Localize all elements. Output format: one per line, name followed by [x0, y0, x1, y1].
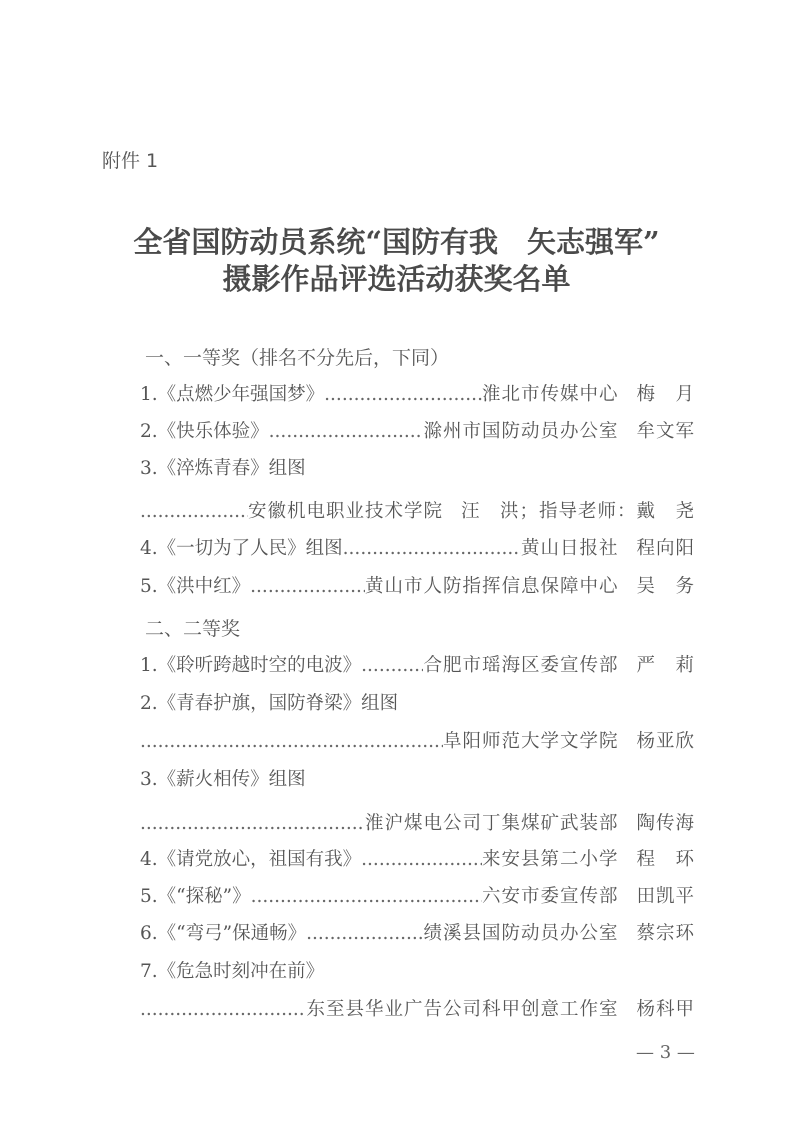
list-item: 5. 《洪中红》 黄山市人防指挥信息保障中心 吴 务: [140, 572, 695, 598]
author: 牟文军: [636, 417, 695, 443]
entry-number: 3.: [140, 769, 158, 790]
author: 蔡宗环: [636, 919, 695, 945]
organization: 阜阳师范大学文学院: [443, 727, 619, 753]
organization: 滁州市国防动员办公室: [423, 417, 618, 443]
author: 吴 务: [636, 572, 695, 598]
work-title: 《请党放心，祖国有我》: [158, 845, 362, 871]
entry-number: 1.: [140, 655, 158, 676]
organization: 来安县第二小学: [482, 845, 619, 871]
organization: 合肥市瑶海区委宣传部: [423, 651, 618, 677]
entry-number: 3.: [140, 458, 158, 479]
entry-number: 7.: [140, 961, 158, 982]
organization: 黄山市人防指挥信息保障中心: [365, 572, 619, 598]
attachment-label: 附件 1: [102, 146, 158, 173]
author: 田凯平: [636, 882, 695, 908]
author: 程 环: [636, 845, 695, 871]
author: 汪 洪；指导老师：戴 尧: [461, 497, 695, 523]
work-title: 《点燃少年强国梦》: [158, 380, 325, 406]
leader-dots: [140, 501, 248, 522]
leader-dots: [324, 384, 482, 405]
document-title-line-1: 全省国防动员系统“国防有我 矢志强军”: [0, 220, 793, 261]
entry-number: 5.: [140, 576, 158, 597]
work-title: 《危急时刻冲在前》: [158, 957, 325, 983]
organization: 淮沪煤电公司丁集煤矿武装部: [365, 809, 619, 835]
list-item-title-row: 3. 《薪火相传》组图: [140, 765, 695, 791]
organization: 东至县华业广告公司科甲创意工作室: [306, 995, 618, 1021]
author: 梅 月: [636, 380, 695, 406]
organization: 绩溪县国防动员办公室: [423, 919, 618, 945]
author: 严 莉: [636, 651, 695, 677]
entry-number: 4.: [140, 849, 158, 870]
work-title: 《洪中红》: [158, 572, 251, 598]
list-item: 1. 《点燃少年强国梦》 淮北市传媒中心 梅 月: [140, 380, 695, 406]
leader-dots: [361, 849, 482, 870]
entry-number: 4.: [140, 538, 158, 559]
list-item: 5. 《“探秘”》 六安市委宣传部 田凯平: [140, 882, 695, 908]
list-item-detail-row: 东至县华业广告公司科甲创意工作室 杨科甲: [140, 995, 695, 1021]
leader-dots: [140, 731, 443, 752]
organization: 安徽机电职业技术学院: [248, 497, 443, 523]
list-item: 6. 《“弯弓”保通畅》 绩溪县国防动员办公室 蔡宗环: [140, 919, 695, 945]
organization: 淮北市传媒中心: [482, 380, 619, 406]
entry-number: 2.: [140, 693, 158, 714]
entry-number: 1.: [140, 384, 158, 405]
leader-dots: [306, 923, 423, 944]
leader-dots: [343, 538, 521, 559]
list-item-title-row: 3. 《淬炼青春》组图: [140, 454, 695, 480]
entry-number: 5.: [140, 886, 158, 907]
list-item-title-row: 7. 《危急时刻冲在前》: [140, 957, 695, 983]
leader-dots: [140, 813, 365, 834]
author: 杨亚欣: [636, 727, 695, 753]
list-item: 1. 《聆听跨越时空的电波》 合肥市瑶海区委宣传部 严 莉: [140, 651, 695, 677]
list-item-title-row: 2. 《青春护旗，国防脊梁》组图: [140, 689, 695, 715]
list-item: 4. 《一切为了人民》组图 黄山日报社 程向阳: [140, 534, 695, 560]
section-heading-first-prize: 一、一等奖（排名不分先后，下同）: [145, 343, 449, 370]
author: 陶传海: [636, 809, 695, 835]
leader-dots: [140, 999, 306, 1020]
list-item: 4. 《请党放心，祖国有我》 来安县第二小学 程 环: [140, 845, 695, 871]
work-title: 《“探秘”》: [158, 882, 251, 908]
author: 程向阳: [636, 534, 695, 560]
work-title: 《薪火相传》组图: [158, 765, 306, 791]
list-item-detail-row: 淮沪煤电公司丁集煤矿武装部 陶传海: [140, 809, 695, 835]
entry-number: 2.: [140, 421, 158, 442]
organization: 六安市委宣传部: [482, 882, 619, 908]
section-heading-second-prize: 二、二等奖: [145, 614, 240, 641]
list-item-detail-row: 安徽机电职业技术学院 汪 洪；指导老师：戴 尧: [140, 497, 695, 523]
document-title-line-2: 摄影作品评选活动获奖名单: [0, 257, 793, 298]
page-number: — 3 —: [636, 1042, 695, 1063]
work-title: 《青春护旗，国防脊梁》组图: [158, 689, 399, 715]
work-title: 《“弯弓”保通畅》: [158, 919, 306, 945]
leader-dots: [361, 655, 423, 676]
entry-number: 6.: [140, 923, 158, 944]
list-item: 2. 《快乐体验》 滁州市国防动员办公室 牟文军: [140, 417, 695, 443]
organization: 黄山日报社: [521, 534, 619, 560]
work-title: 《一切为了人民》组图: [158, 534, 343, 560]
leader-dots: [251, 886, 482, 907]
author: 杨科甲: [636, 995, 695, 1021]
work-title: 《聆听跨越时空的电波》: [158, 651, 362, 677]
leader-dots: [250, 576, 365, 597]
leader-dots: [269, 421, 424, 442]
work-title: 《淬炼青春》组图: [158, 454, 306, 480]
work-title: 《快乐体验》: [158, 417, 269, 443]
list-item-detail-row: 阜阳师范大学文学院 杨亚欣: [140, 727, 695, 753]
